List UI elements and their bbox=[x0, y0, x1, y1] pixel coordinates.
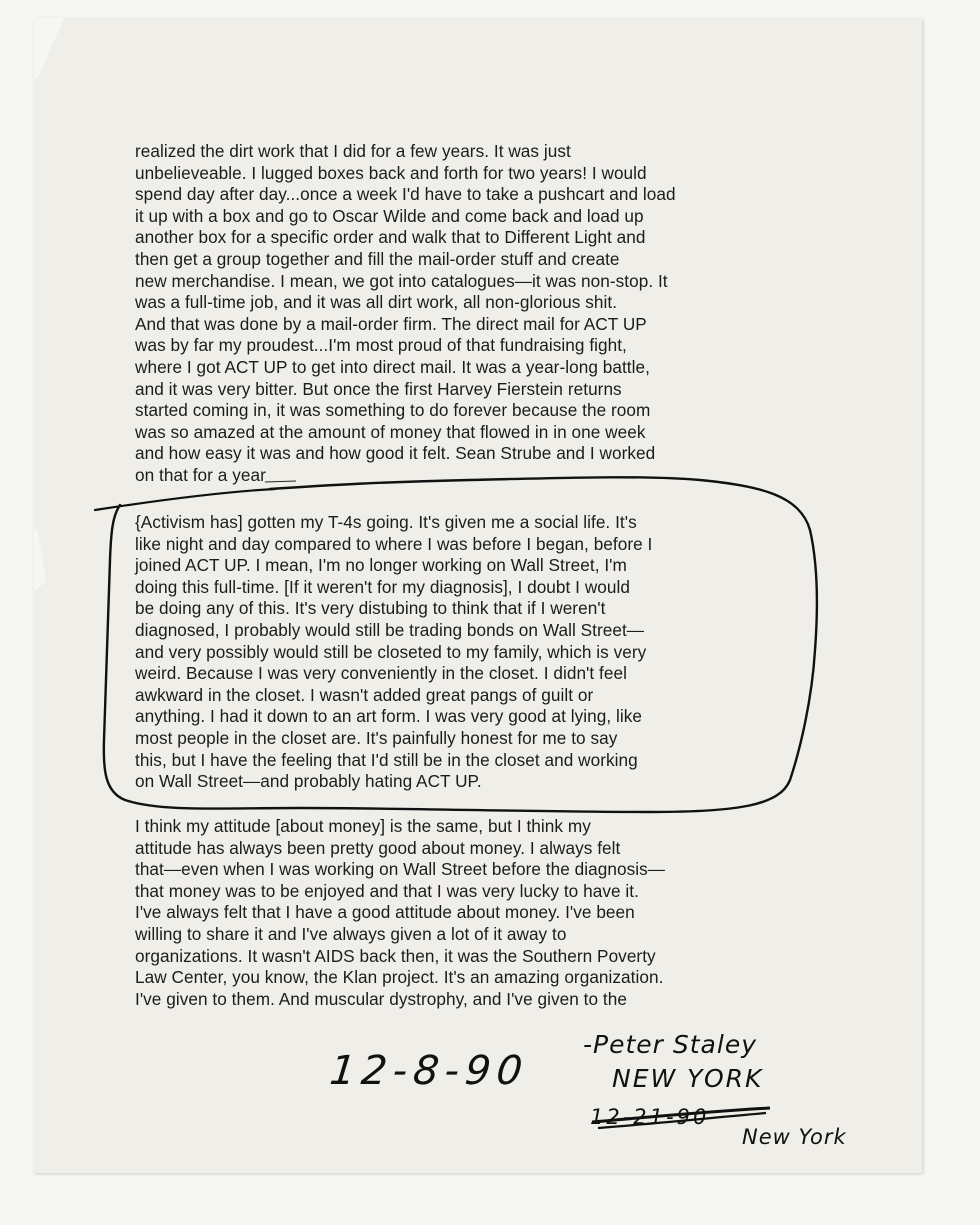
text-line: was so amazed at the amount of money tha… bbox=[135, 422, 676, 444]
text-line: doing this full-time. [If it weren't for… bbox=[135, 577, 652, 599]
text-line: realized the dirt work that I did for a … bbox=[135, 141, 676, 163]
text-line: most people in the closet are. It's pain… bbox=[135, 728, 652, 750]
text-line: this, but I have the feeling that I'd st… bbox=[135, 750, 652, 772]
text-line: started coming in, it was something to d… bbox=[135, 400, 676, 422]
text-line: be doing any of this. It's very distubin… bbox=[135, 598, 652, 620]
text-line: where I got ACT UP to get into direct ma… bbox=[135, 357, 676, 379]
text-line: new merchandise. I mean, we got into cat… bbox=[135, 271, 676, 293]
paragraph-fundraising: realized the dirt work that I did for a … bbox=[135, 141, 676, 487]
text-line: attitude has always been pretty good abo… bbox=[135, 838, 665, 860]
paragraph-money: I think my attitude [about money] is the… bbox=[135, 816, 665, 1010]
text-line: on Wall Street—and probably hating ACT U… bbox=[135, 771, 652, 793]
text-line: joined ACT UP. I mean, I'm no longer wor… bbox=[135, 555, 652, 577]
text-line: {Activism has] gotten my T-4s going. It'… bbox=[135, 512, 652, 534]
handwritten-signature: -Peter Staley bbox=[583, 1030, 757, 1059]
text-line: then get a group together and fill the m… bbox=[135, 249, 676, 271]
text-line: And that was done by a mail-order firm. … bbox=[135, 314, 676, 336]
text-line: and how easy it was and how good it felt… bbox=[135, 443, 676, 465]
text-line: another box for a specific order and wal… bbox=[135, 227, 676, 249]
text-line: I've always felt that I have a good atti… bbox=[135, 902, 665, 924]
text-line: like night and day compared to where I w… bbox=[135, 534, 652, 556]
text-line: I think my attitude [about money] is the… bbox=[135, 816, 665, 838]
text-line: Law Center, you know, the Klan project. … bbox=[135, 967, 665, 989]
text-line: weird. Because I was very conveniently i… bbox=[135, 663, 652, 685]
text-line: was by far my proudest...I'm most proud … bbox=[135, 335, 676, 357]
handwritten-date: 12-8-90 bbox=[328, 1048, 531, 1094]
text-line: and very possibly would still be closete… bbox=[135, 642, 652, 664]
paragraph-activism-circled: {Activism has] gotten my T-4s going. It'… bbox=[135, 512, 652, 793]
text-line: spend day after day...once a week I'd ha… bbox=[135, 184, 676, 206]
text-line: diagnosed, I probably would still be tra… bbox=[135, 620, 652, 642]
handwritten-city: NEW YORK bbox=[612, 1064, 763, 1093]
text-line: and it was very bitter. But once the fir… bbox=[135, 379, 676, 401]
text-line: awkward in the closet. I wasn't added gr… bbox=[135, 685, 652, 707]
text-line: organizations. It wasn't AIDS back then,… bbox=[135, 946, 665, 968]
text-line: on that for a year bbox=[135, 465, 676, 487]
text-line: unbelieveable. I lugged boxes back and f… bbox=[135, 163, 676, 185]
text-line: it up with a box and go to Oscar Wilde a… bbox=[135, 206, 676, 228]
handwritten-city-second: New York bbox=[742, 1125, 847, 1149]
text-line: I've given to them. And muscular dystrop… bbox=[135, 989, 665, 1011]
text-line: willing to share it and I've always give… bbox=[135, 924, 665, 946]
text-line: that—even when I was working on Wall Str… bbox=[135, 859, 665, 881]
handwritten-struck-date: 12-21-90 bbox=[590, 1105, 709, 1129]
text-line: that money was to be enjoyed and that I … bbox=[135, 881, 665, 903]
text-line: was a full-time job, and it was all dirt… bbox=[135, 292, 676, 314]
text-line: anything. I had it down to an art form. … bbox=[135, 706, 652, 728]
